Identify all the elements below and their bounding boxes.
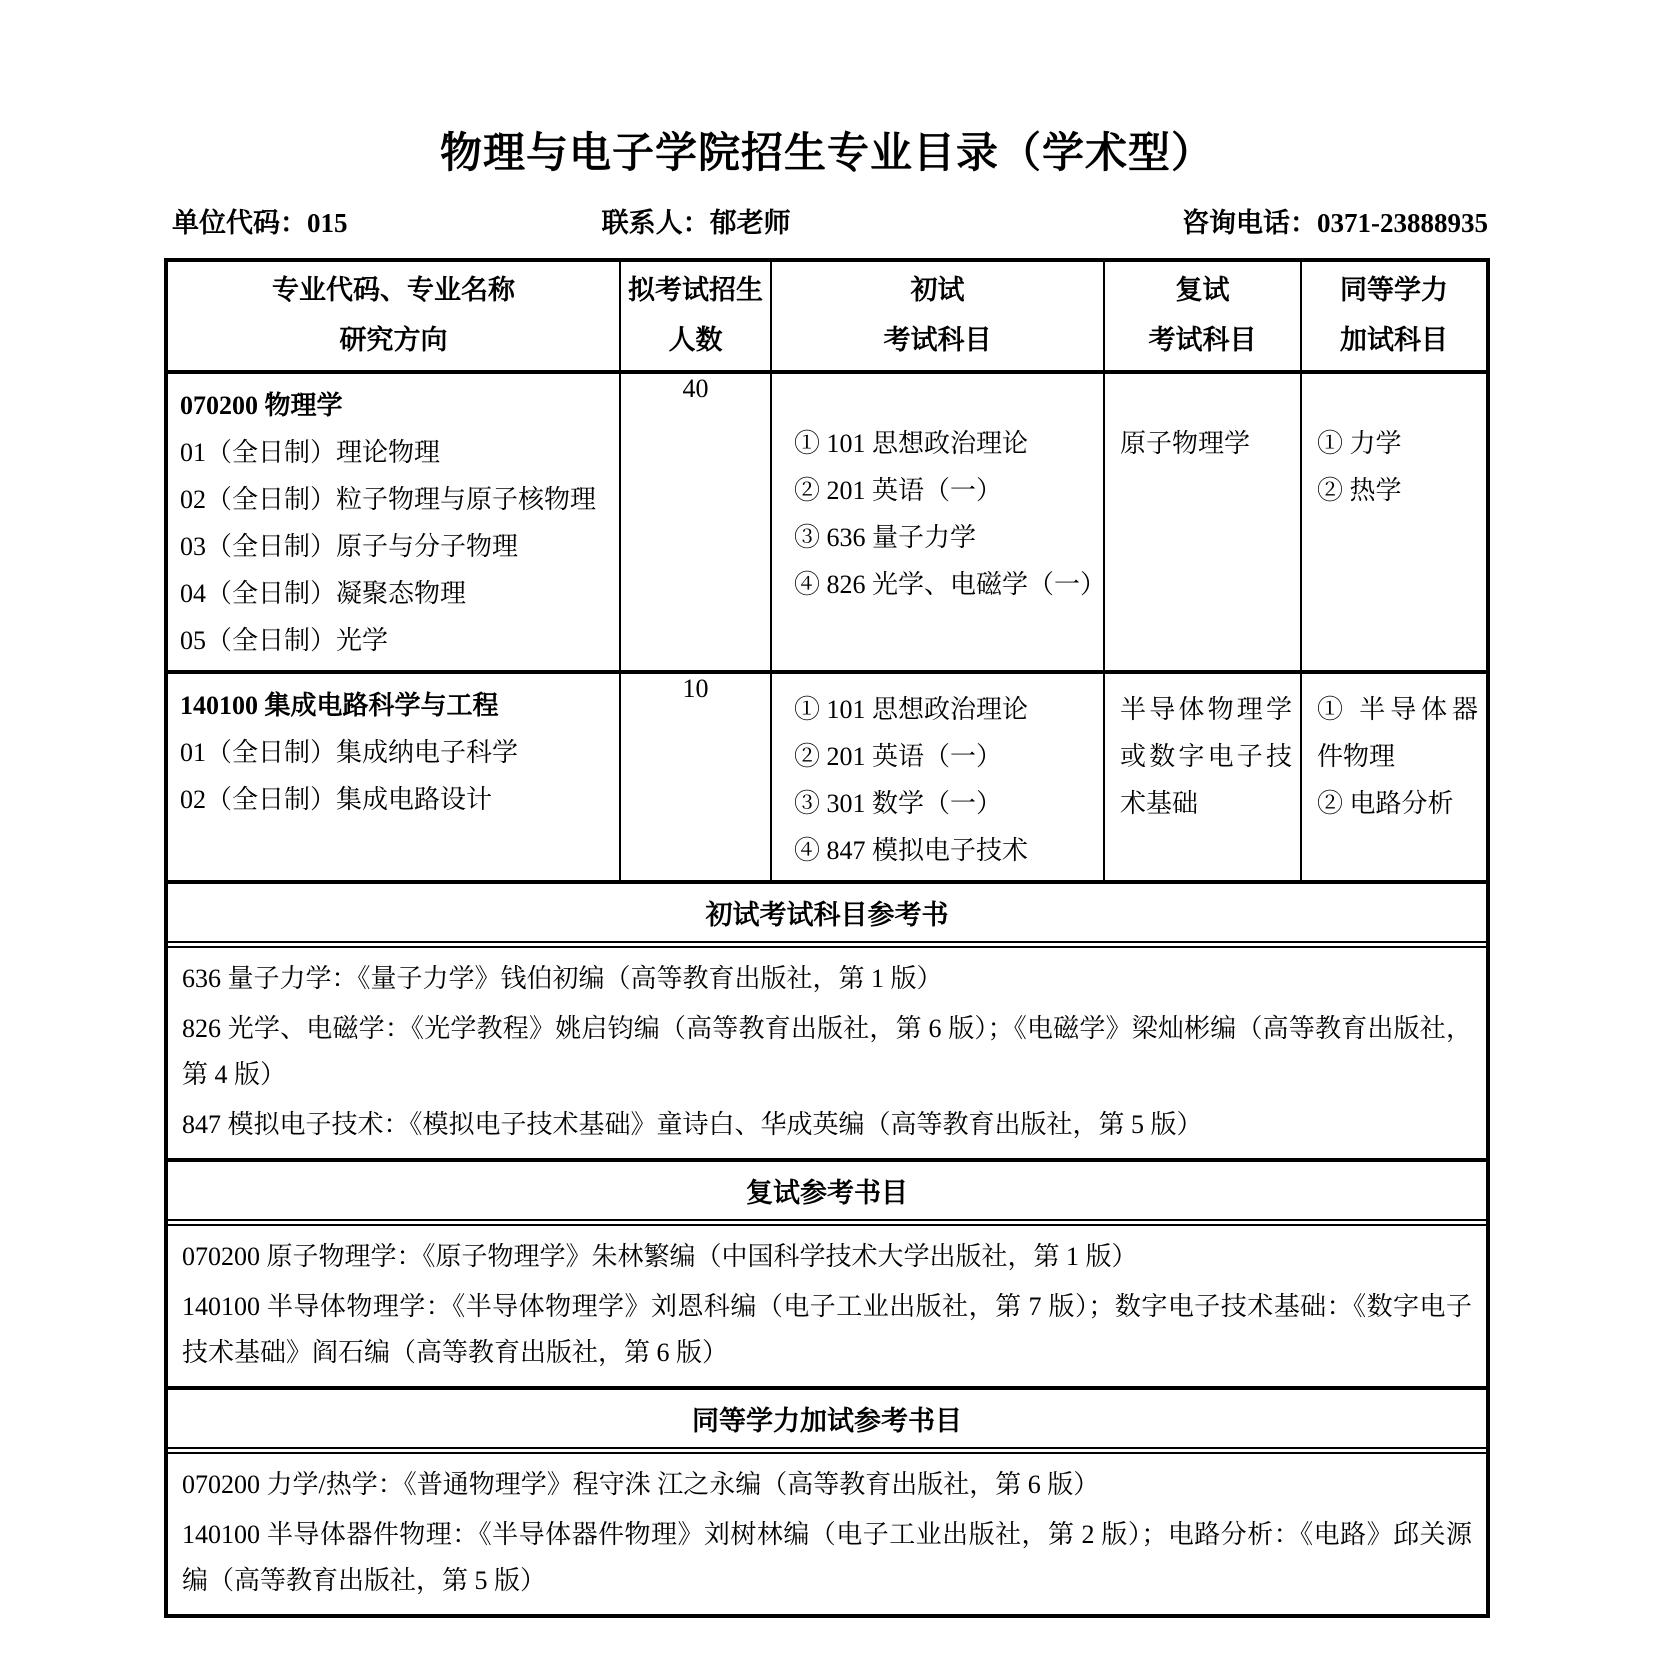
program-table: 专业代码、专业名称研究方向 拟考试招生人数 初试考试科目 复试考试科目 同等学力… — [168, 262, 1486, 880]
subject: ② 201 英语（一） — [794, 733, 1095, 780]
unit-code-label: 单位代码： — [172, 208, 307, 238]
contact-value: 郁老师 — [710, 208, 791, 238]
additional-subjects-cell: ① 半导体器件物理 ② 电路分析 — [1301, 672, 1486, 880]
page-title: 物理与电子学院招生专业目录（学术型） — [164, 128, 1490, 181]
book-entry: 070200 力学/热学：《普通物理学》程守洙 江之永编（高等教育出版社，第 6… — [168, 1460, 1486, 1510]
header-retest: 复试考试科目 — [1104, 262, 1301, 372]
table-row-070200: 070200 物理学 01（全日制）理论物理 02（全日制）粒子物理与原子核物理… — [168, 372, 1486, 672]
unit-code-value: 015 — [307, 208, 348, 238]
unit-code: 单位代码：015 — [172, 203, 348, 243]
info-row: 单位代码：015 联系人：郁老师 咨询电话：0371-23888935 — [164, 203, 1490, 243]
section-additional-references: 070200 力学/热学：《普通物理学》程守洙 江之永编（高等教育出版社，第 6… — [168, 1454, 1486, 1614]
section-title-retest-references: 复试参考书目 — [168, 1158, 1486, 1226]
table-header-row: 专业代码、专业名称研究方向 拟考试招生人数 初试考试科目 复试考试科目 同等学力… — [168, 262, 1486, 372]
retest-subject: 半导体物理学或数字电子技术基础 — [1120, 686, 1292, 827]
book-entry: 140100 半导体物理学：《半导体物理学》刘恩科编（电子工业出版社，第 7 版… — [168, 1282, 1486, 1378]
additional-subject: ① 半导体器件物理 — [1317, 686, 1478, 780]
direction: 05（全日制）光学 — [180, 617, 609, 664]
direction: 02（全日制）集成电路设计 — [180, 776, 609, 823]
book-entry: 826 光学、电磁学：《光学教程》姚启钧编（高等教育出版社，第 6 版）；《电磁… — [168, 1004, 1486, 1100]
section-retest-references: 070200 原子物理学：《原子物理学》朱林繁编（中国科学技术大学出版社，第 1… — [168, 1226, 1486, 1386]
header-initial-exam: 初试考试科目 — [771, 262, 1104, 372]
phone-label: 咨询电话： — [1182, 208, 1317, 238]
direction: 01（全日制）集成纳电子科学 — [180, 729, 609, 776]
retest-subjects-cell: 原子物理学 — [1104, 372, 1301, 672]
direction: 04（全日制）凝聚态物理 — [180, 570, 609, 617]
book-entry: 070200 原子物理学：《原子物理学》朱林繁编（中国科学技术大学出版社，第 1… — [168, 1232, 1486, 1282]
section-title-additional-references: 同等学力加试参考书目 — [168, 1386, 1486, 1454]
retest-subject: 原子物理学 — [1120, 420, 1292, 467]
initial-subjects-cell: ① 101 思想政治理论 ② 201 英语（一） ③ 301 数学（一） ④ 8… — [771, 672, 1104, 880]
section-title-initial-references: 初试考试科目参考书 — [168, 880, 1486, 948]
enrollment-count: 10 — [620, 672, 771, 880]
phone: 咨询电话：0371-23888935 — [1182, 203, 1488, 243]
major-cell-070200: 070200 物理学 01（全日制）理论物理 02（全日制）粒子物理与原子核物理… — [168, 372, 620, 672]
phone-value: 0371-23888935 — [1317, 208, 1488, 238]
book-entry: 847 模拟电子技术：《模拟电子技术基础》童诗白、华成英编（高等教育出版社，第 … — [168, 1100, 1486, 1150]
header-major: 专业代码、专业名称研究方向 — [168, 262, 620, 372]
contact: 联系人：郁老师 — [602, 203, 791, 243]
additional-subjects-cell: ① 力学 ② 热学 — [1301, 372, 1486, 672]
section-initial-references: 636 量子力学：《量子力学》钱伯初编（高等教育出版社，第 1 版） 826 光… — [168, 948, 1486, 1158]
initial-subjects-cell: ① 101 思想政治理论 ② 201 英语（一） ③ 636 量子力学 ④ 82… — [771, 372, 1104, 672]
book-entry: 636 量子力学：《量子力学》钱伯初编（高等教育出版社，第 1 版） — [168, 954, 1486, 1004]
additional-subject: ① 力学 — [1317, 420, 1478, 467]
document-content: 物理与电子学院招生专业目录（学术型） 单位代码：015 联系人：郁老师 咨询电话… — [164, 0, 1490, 1618]
major-code-name: 140100 集成电路科学与工程 — [180, 682, 609, 729]
subject: ④ 847 模拟电子技术 — [794, 827, 1095, 874]
subject: ② 201 英语（一） — [794, 467, 1095, 514]
subject: ① 101 思想政治理论 — [794, 420, 1095, 467]
subject: ③ 301 数学（一） — [794, 780, 1095, 827]
table-row-140100: 140100 集成电路科学与工程 01（全日制）集成纳电子科学 02（全日制）集… — [168, 672, 1486, 880]
subject: ④ 826 光学、电磁学（一） — [794, 561, 1095, 608]
contact-label: 联系人： — [602, 208, 710, 238]
header-additional: 同等学力加试科目 — [1301, 262, 1486, 372]
header-enrollment: 拟考试招生人数 — [620, 262, 771, 372]
additional-subject: ② 电路分析 — [1317, 780, 1478, 827]
subject: ① 101 思想政治理论 — [794, 686, 1095, 733]
additional-subject: ② 热学 — [1317, 467, 1478, 514]
direction: 02（全日制）粒子物理与原子核物理 — [180, 476, 609, 523]
major-code-name: 070200 物理学 — [180, 382, 609, 429]
major-cell-140100: 140100 集成电路科学与工程 01（全日制）集成纳电子科学 02（全日制）集… — [168, 672, 620, 880]
admissions-table: 专业代码、专业名称研究方向 拟考试招生人数 初试考试科目 复试考试科目 同等学力… — [164, 258, 1490, 1618]
book-entry: 140100 半导体器件物理：《半导体器件物理》刘树林编（电子工业出版社，第 2… — [168, 1510, 1486, 1606]
direction: 03（全日制）原子与分子物理 — [180, 523, 609, 570]
retest-subjects-cell: 半导体物理学或数字电子技术基础 — [1104, 672, 1301, 880]
subject: ③ 636 量子力学 — [794, 514, 1095, 561]
enrollment-count: 40 — [620, 372, 771, 672]
document-page: 物理与电子学院招生专业目录（学术型） 单位代码：015 联系人：郁老师 咨询电话… — [0, 0, 1654, 1654]
direction: 01（全日制）理论物理 — [180, 429, 609, 476]
